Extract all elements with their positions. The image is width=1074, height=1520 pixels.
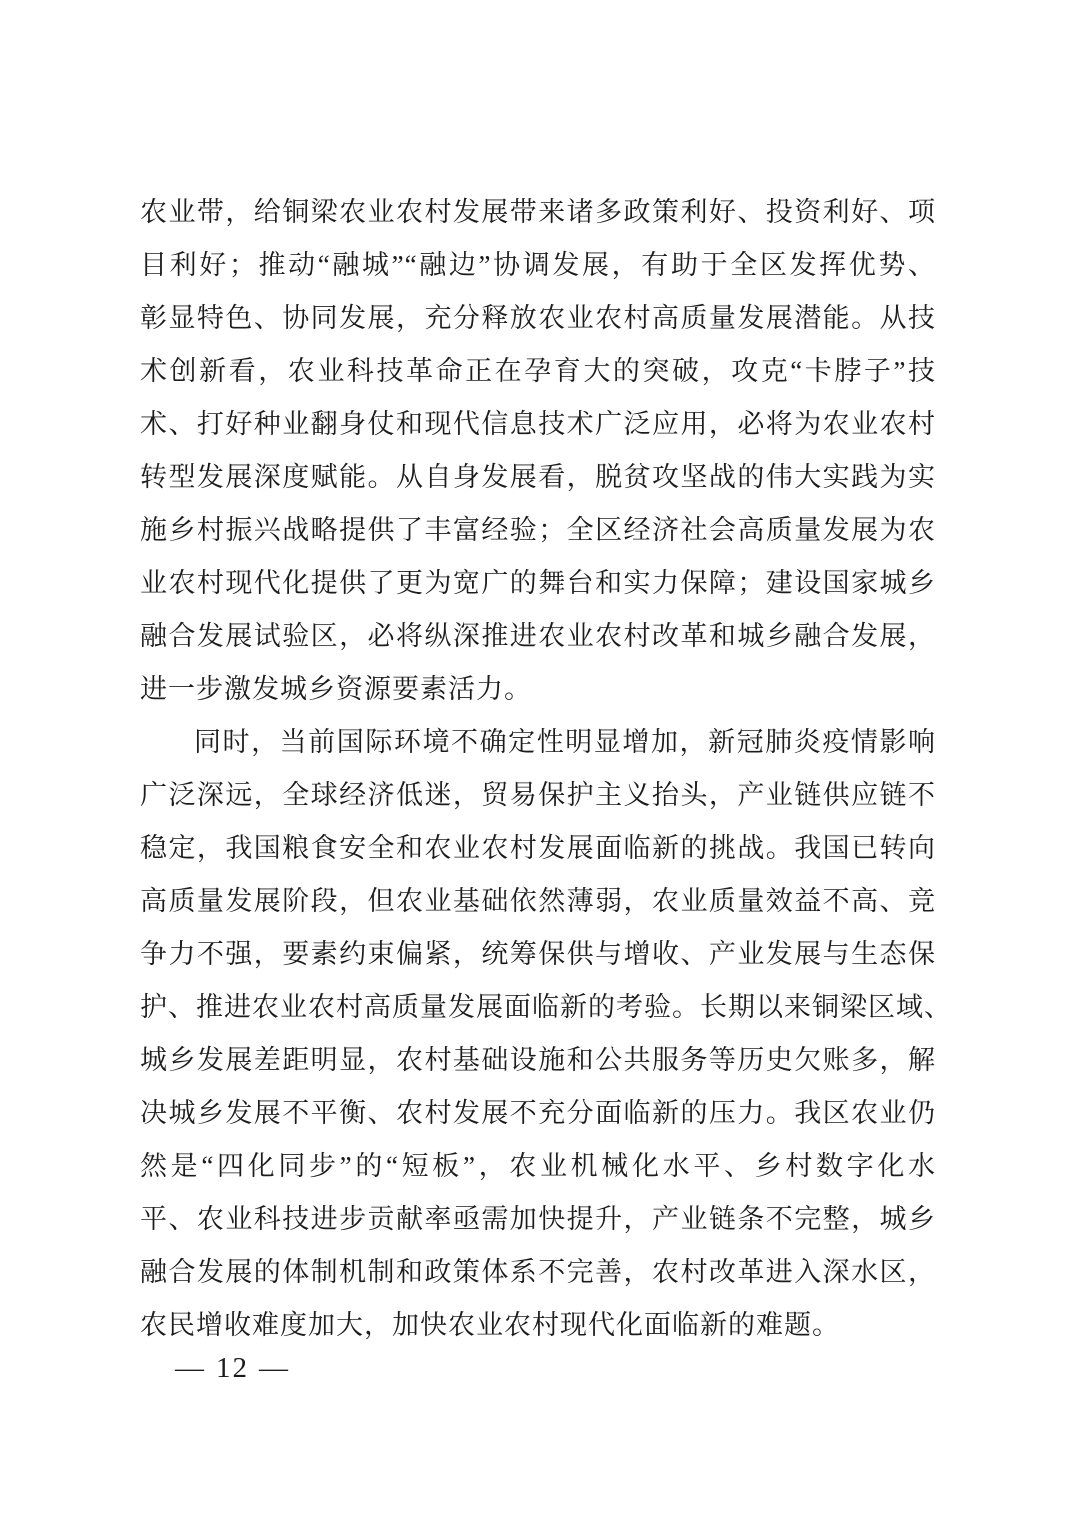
text-line: 目利好；推动“融城”“融边”协调发展，有助于全区发挥优势、 (140, 239, 936, 292)
text-line: 争力不强，要素约束偏紧，统筹保供与增收、产业发展与生态保 (140, 928, 936, 981)
text-line: 高质量发展阶段，但农业基础依然薄弱，农业质量效益不高、竞 (140, 875, 936, 928)
text-line: 城乡发展差距明显，农村基础设施和公共服务等历史欠账多，解 (140, 1034, 936, 1087)
text-line: 术、打好种业翻身仗和现代信息技术广泛应用，必将为农业农村 (140, 398, 936, 451)
text-line-paragraph-start: 同时，当前国际环境不确定性明显增加，新冠肺炎疫情影响 (140, 716, 936, 769)
text-line-paragraph-end: 进一步激发城乡资源要素活力。 (140, 663, 936, 716)
text-line: 施乡村振兴战略提供了丰富经验；全区经济社会高质量发展为农 (140, 504, 936, 557)
text-line: 融合发展的体制机制和政策体系不完善，农村改革进入深水区， (140, 1246, 936, 1299)
text-line: 业农村现代化提供了更为宽广的舞台和实力保障；建设国家城乡 (140, 557, 936, 610)
text-line: 融合发展试验区，必将纵深推进农业农村改革和城乡融合发展， (140, 610, 936, 663)
text-line: 护、推进农业农村高质量发展面临新的考验。长期以来铜梁区域、 (140, 981, 936, 1034)
text-line: 稳定，我国粮食安全和农业农村发展面临新的挑战。我国已转向 (140, 822, 936, 875)
text-line: 转型发展深度赋能。从自身发展看，脱贫攻坚战的伟大实践为实 (140, 451, 936, 504)
page-footer: —12— (165, 1342, 300, 1395)
text-line: 平、农业科技进步贡献率亟需加快提升，产业链条不完整，城乡 (140, 1193, 936, 1246)
footer-dash-right: — (249, 1352, 300, 1384)
text-line: 彰显特色、协同发展，充分释放农业农村高质量发展潜能。从技 (140, 292, 936, 345)
text-line: 术创新看，农业科技革命正在孕育大的突破，攻克“卡脖子”技 (140, 345, 936, 398)
body-text: 农业带，给铜梁农业农村发展带来诸多政策利好、投资利好、项 目利好；推动“融城”“… (140, 186, 936, 1352)
text-line: 决城乡发展不平衡、农村发展不充分面临新的压力。我区农业仍 (140, 1087, 936, 1140)
document-page: 农业带，给铜梁农业农村发展带来诸多政策利好、投资利好、项 目利好；推动“融城”“… (0, 0, 1074, 1520)
page-number: 12 (216, 1352, 249, 1384)
text-line: 农业带，给铜梁农业农村发展带来诸多政策利好、投资利好、项 (140, 186, 936, 239)
footer-dash-left: — (165, 1352, 216, 1384)
text-line: 然是“四化同步”的“短板”，农业机械化水平、乡村数字化水 (140, 1140, 936, 1193)
text-line: 广泛深远，全球经济低迷，贸易保护主义抬头，产业链供应链不 (140, 769, 936, 822)
